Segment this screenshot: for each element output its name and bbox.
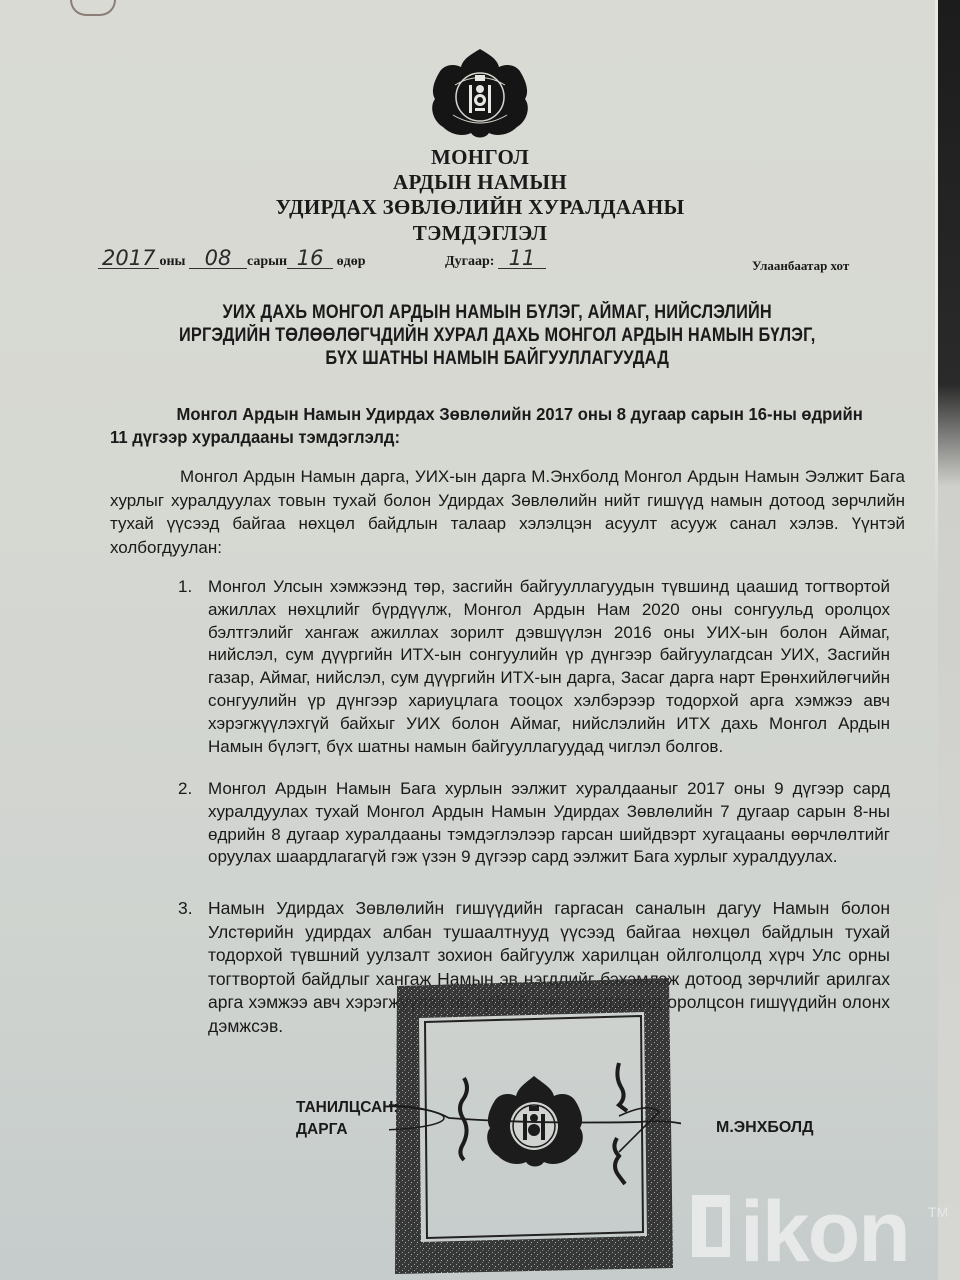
date-month: 08 [189, 248, 247, 269]
item-number: 1. [178, 576, 192, 599]
body-paragraph: Монгол Ардын Намын дарга, УИХ-ын дарга М… [110, 465, 905, 560]
letterhead-line-3: УДИРДАХ ЗӨВЛӨЛИЙН ХУРАЛДААНЫ [0, 195, 960, 220]
paper-clip-ring [70, 0, 116, 16]
document-date: 2017оны 08сарын16 өдөр [98, 248, 366, 270]
document-number: Дугаар: 11 [445, 248, 546, 270]
date-year-suffix: оны [159, 254, 185, 269]
item-text: Монгол Улсын хэмжээнд төр, засгийн байгу… [208, 577, 890, 756]
date-day: 16 [287, 248, 333, 269]
addressee-line-2: ИРГЭДИЙН ТӨЛӨӨЛӨГЧДИЙН ХУРАЛ ДАХЬ МОНГОЛ… [67, 325, 927, 347]
decision-list-item-2: 2.Монгол Ардын Намын Бага хурлын ээлжит … [170, 778, 890, 869]
number-value: 11 [498, 248, 546, 269]
item-number: 3. [178, 897, 193, 921]
ikon-logo-icon [692, 1195, 730, 1257]
watermark-trademark: TM [928, 1204, 948, 1220]
signatory-name: М.ЭНХБОЛД [716, 1119, 814, 1137]
item-text: Монгол Ардын Намын Бага хурлын ээлжит ху… [208, 779, 890, 866]
addressee-line-3: БҮХ ШАТНЫ НАМЫН БАЙГУУЛЛАГУУДАД [67, 348, 927, 370]
letterhead-line-2: АРДЫН НАМЫН [0, 170, 960, 195]
letterhead-title: ТЭМДЭГЛЭЛ [0, 221, 960, 246]
party-emblem-icon [425, 45, 535, 150]
date-month-suffix: сарын [247, 254, 287, 269]
addressee-line-1: УИХ ДАХЬ МОНГОЛ АРДЫН НАМЫН БҮЛЭГ, АЙМАГ… [67, 302, 927, 324]
date-day-suffix: өдөр [337, 254, 366, 269]
signature-title: ТАНИЛЦСАН: ДАРГА [296, 1097, 399, 1141]
document-city: Улаанбаатар хот [752, 258, 849, 274]
intro-statement: Монгол Ардын Намын Удирдах Зөвлөлийн 201… [110, 403, 870, 449]
signature-title-line-1: ТАНИЛЦСАН: [296, 1097, 399, 1119]
item-number: 2. [178, 778, 192, 801]
decision-list-item-1: 1.Монгол Улсын хэмжээнд төр, засгийн бай… [170, 576, 890, 758]
party-seal-stamp-icon [389, 968, 681, 1280]
watermark-text: ikon [740, 1183, 909, 1280]
letterhead-line-1: МОНГОЛ [0, 145, 960, 170]
number-label: Дугаар: [445, 254, 494, 269]
date-year: 2017 [98, 248, 159, 269]
signature-title-line-2: ДАРГА [296, 1119, 399, 1141]
